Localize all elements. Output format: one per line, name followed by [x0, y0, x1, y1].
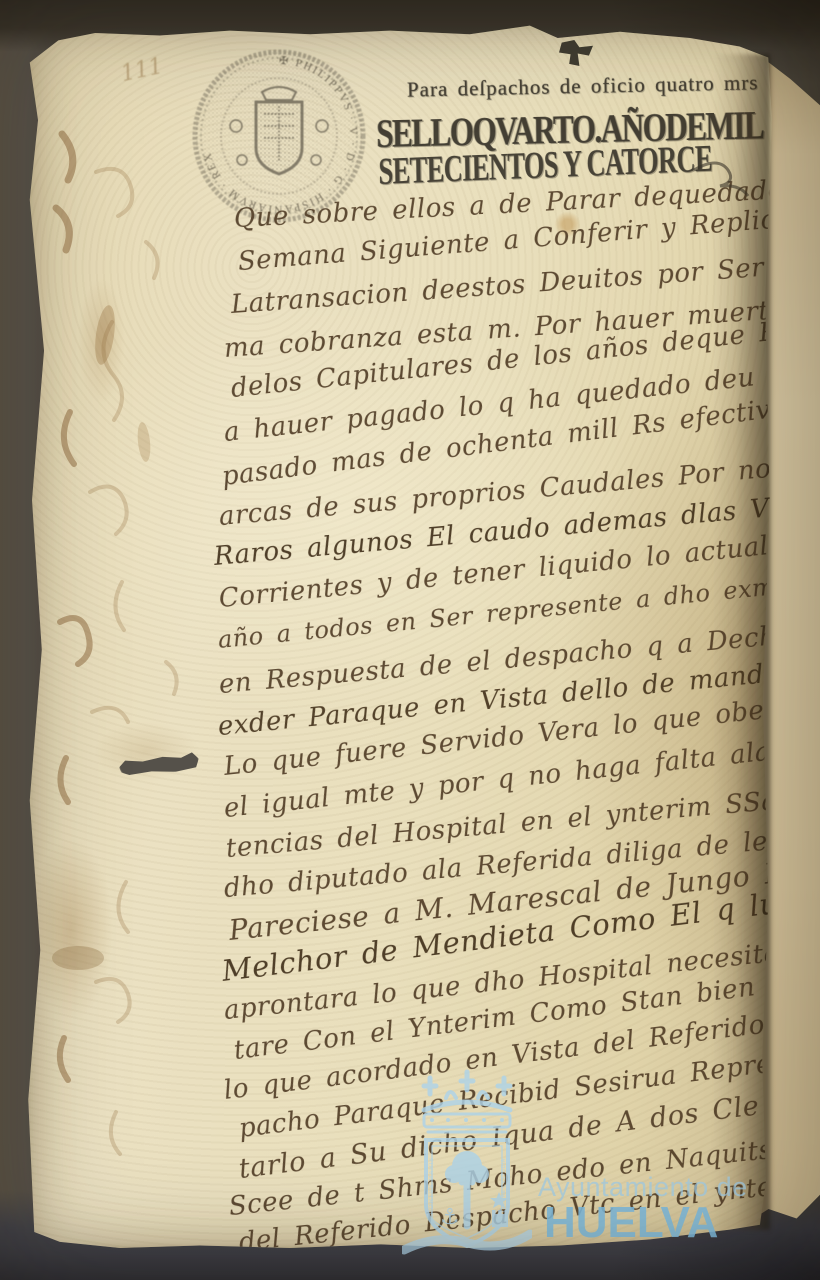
- handwritten-line: dho diputado ala Referida diliga de le: [223, 826, 769, 903]
- handwritten-line: Semana Siguiente a Conferir y Replicar a…: [237, 195, 820, 277]
- fee-stamp-line: Para deſpachos de oficio quatro mrs: [407, 70, 759, 102]
- handwritten-line: pasado mas de ochenta mill Rs efectivos …: [220, 385, 820, 492]
- ink-blot: [118, 750, 199, 777]
- handwritten-line: exder Paraque en Vista dello de mande Ri…: [217, 649, 820, 742]
- emblem-motto-right: ET TERRAE CVSTODIA: [501, 1158, 507, 1222]
- handwritten-line: ma cobranza esta m. Por hauer muerto lo …: [223, 286, 820, 364]
- royal-ink-seal: ✠ PHILIPPVS · V · D · G · HISPANIARVM · …: [184, 48, 374, 224]
- photo-of-manuscript: 111 ✠ PHILIPPVS · V · D · G · HISPANIARV…: [0, 0, 820, 1280]
- huelva-watermark-emblem: ⚓ PORTVS MARIS ET TERRAE CVSTODIA: [402, 1064, 532, 1264]
- handwritten-line: el igual mte y por q no haga falta alas …: [222, 728, 820, 824]
- seal-heading-line1: SELLOQVARTO.AÑODEMIL: [376, 101, 764, 157]
- handwritten-line: Lo que fuere Servido Vera lo que obedece…: [222, 684, 820, 782]
- handwritten-line: Raros algunos El caudo ademas dlas Vrgen…: [213, 483, 820, 572]
- handwritten-line: arcas de sus proprios Caudales Por no te…: [218, 438, 820, 532]
- handwritten-line: Que sobre ellos a de Parar dequedado ent…: [233, 167, 820, 234]
- handwritten-line: aprontara lo que dho Hospital necesitas: [222, 936, 794, 1026]
- handwritten-line: año a todos en Ser represente a dho exmo…: [217, 554, 820, 654]
- anchor-glyph: ⚓: [440, 1205, 460, 1230]
- folio-number: 111: [119, 54, 165, 87]
- top-ink-mark: [559, 40, 593, 66]
- seal-heading-line2: SETECIENTOS Y CATORCE: [378, 137, 712, 194]
- handwritten-line: en Respuesta de el despacho q a Decho Sa…: [218, 609, 820, 700]
- svg-text:✠ PHILIPPVS · V · D · G · HISP: ✠ PHILIPPVS · V · D · G · HISPANIARVM · …: [201, 55, 359, 215]
- handwritten-line: Latransacion deestos Deuitos por Ser de …: [230, 241, 820, 320]
- handwritten-line: Pareciese a M. Marescal de Jungo Dn: [227, 854, 807, 947]
- seal-legend: ✠ PHILIPPVS · V · D · G · HISPANIARVM · …: [201, 55, 359, 215]
- handwritten-line: delos Capitulares de los años deque Proz…: [229, 304, 820, 404]
- handwritten-line: Corrientes y de tener liquido lo actual …: [218, 523, 820, 614]
- handwritten-line: Melchor de Mendieta Como El q lue: [220, 884, 798, 988]
- handwritten-line: tencias del Hospital en el ynterim SSa: [225, 786, 779, 864]
- handwritten-line: a hauer pagado lo q ha quedado deu de el…: [222, 347, 820, 448]
- emblem-motto-left: PORTVS MARIS: [429, 1157, 435, 1214]
- handwritten-line: tare Con el Ynterim Como Stan bien: [232, 972, 757, 1066]
